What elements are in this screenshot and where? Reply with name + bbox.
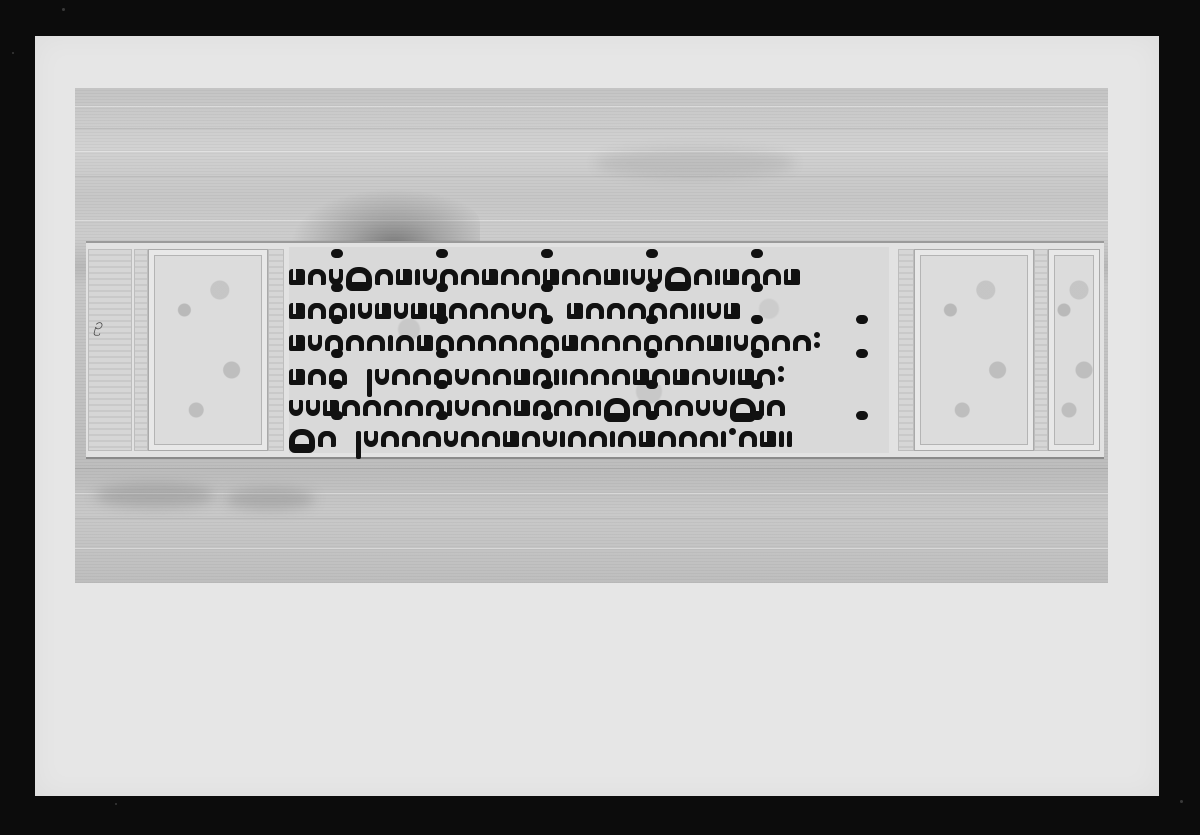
right-ornamental-panel bbox=[914, 249, 1034, 451]
script-glyph bbox=[455, 369, 469, 385]
script-glyph bbox=[499, 335, 517, 351]
text-line-1 bbox=[289, 253, 800, 285]
vowel-mark bbox=[751, 380, 763, 389]
script-glyph bbox=[692, 369, 710, 385]
script-glyph bbox=[457, 335, 475, 351]
script-glyph bbox=[482, 269, 498, 285]
script-glyph bbox=[455, 400, 469, 416]
script-glyph bbox=[591, 369, 609, 385]
script-glyph bbox=[346, 335, 364, 351]
script-glyph bbox=[763, 269, 781, 285]
script-glyph bbox=[713, 400, 727, 416]
vowel-mark bbox=[751, 411, 763, 420]
vowel-mark bbox=[541, 380, 553, 389]
script-glyph bbox=[658, 431, 676, 447]
text-line-3 bbox=[289, 319, 820, 351]
script-glyph bbox=[787, 431, 792, 447]
script-glyph bbox=[623, 335, 641, 351]
script-glyph bbox=[784, 269, 800, 285]
script-glyph bbox=[604, 269, 620, 285]
script-glyph bbox=[472, 369, 490, 385]
script-glyph bbox=[700, 431, 718, 447]
script-glyph bbox=[306, 400, 320, 416]
script-glyph bbox=[554, 400, 572, 416]
script-glyph bbox=[470, 303, 488, 319]
script-glyph bbox=[522, 269, 540, 285]
script-glyph bbox=[739, 431, 757, 447]
script-glyph bbox=[342, 400, 360, 416]
script-glyph bbox=[289, 429, 315, 453]
text-line-5 bbox=[289, 384, 785, 416]
script-glyph bbox=[618, 431, 636, 447]
script-glyph bbox=[384, 400, 402, 416]
text-line-4 bbox=[289, 353, 784, 385]
script-glyph bbox=[778, 363, 784, 385]
vowel-mark bbox=[646, 283, 658, 292]
script-glyph bbox=[482, 431, 500, 447]
script-glyph bbox=[814, 329, 820, 351]
script-glyph bbox=[586, 303, 604, 319]
script-glyph bbox=[793, 335, 811, 351]
left-frame bbox=[134, 249, 148, 451]
script-glyph bbox=[730, 369, 735, 385]
text-line-6 bbox=[289, 415, 792, 447]
vowel-mark bbox=[751, 349, 763, 358]
vowel-mark bbox=[331, 349, 343, 358]
script-glyph bbox=[339, 431, 353, 447]
script-glyph bbox=[503, 431, 519, 447]
script-glyph bbox=[367, 335, 385, 351]
script-glyph bbox=[673, 369, 689, 385]
script-glyph bbox=[760, 431, 776, 447]
script-glyph bbox=[589, 431, 607, 447]
vowel-mark bbox=[646, 349, 658, 358]
script-glyph bbox=[691, 303, 696, 319]
script-glyph bbox=[568, 431, 586, 447]
script-glyph bbox=[350, 303, 355, 319]
script-glyph bbox=[734, 335, 748, 351]
script-glyph bbox=[394, 303, 408, 319]
script-glyph bbox=[396, 335, 414, 351]
script-glyph bbox=[423, 431, 441, 447]
script-glyph bbox=[779, 431, 784, 447]
script-glyph bbox=[623, 269, 628, 285]
left-border-strip bbox=[88, 249, 132, 451]
dust-speck bbox=[62, 8, 65, 11]
script-glyph bbox=[350, 369, 364, 385]
vowel-mark bbox=[856, 349, 868, 358]
script-glyph bbox=[363, 400, 381, 416]
vowel-mark bbox=[646, 315, 658, 324]
left-ornamental-panel bbox=[148, 249, 268, 451]
script-glyph bbox=[392, 369, 410, 385]
script-glyph bbox=[767, 400, 785, 416]
vowel-mark bbox=[646, 411, 658, 420]
vowel-mark bbox=[331, 283, 343, 292]
text-panel bbox=[289, 247, 889, 453]
script-glyph bbox=[610, 431, 615, 447]
vowel-mark bbox=[331, 315, 343, 324]
script-glyph bbox=[686, 335, 704, 351]
vowel-mark bbox=[331, 380, 343, 389]
script-glyph bbox=[411, 303, 427, 319]
script-glyph bbox=[402, 431, 420, 447]
script-glyph bbox=[707, 335, 723, 351]
script-glyph bbox=[493, 369, 511, 385]
script-glyph bbox=[581, 335, 599, 351]
script-glyph bbox=[417, 335, 433, 351]
script-glyph bbox=[679, 431, 697, 447]
script-glyph bbox=[405, 400, 423, 416]
script-glyph bbox=[413, 369, 431, 385]
script-glyph bbox=[289, 303, 305, 319]
vowel-mark bbox=[436, 411, 448, 420]
script-glyph bbox=[308, 303, 326, 319]
photo-card: ဥ bbox=[35, 36, 1159, 796]
script-glyph bbox=[501, 269, 519, 285]
vowel-mark bbox=[436, 283, 448, 292]
script-glyph bbox=[289, 369, 305, 385]
script-glyph bbox=[583, 269, 601, 285]
script-glyph bbox=[308, 369, 326, 385]
vowel-mark bbox=[646, 380, 658, 389]
script-glyph bbox=[289, 400, 303, 416]
text-line-2 bbox=[289, 287, 740, 319]
script-glyph bbox=[575, 400, 593, 416]
script-glyph bbox=[289, 335, 305, 351]
dust-speck bbox=[1180, 800, 1183, 803]
script-glyph bbox=[514, 369, 530, 385]
script-glyph bbox=[694, 269, 712, 285]
script-glyph bbox=[724, 303, 740, 319]
photo-print: ဥ bbox=[75, 88, 1108, 583]
script-glyph bbox=[522, 431, 540, 447]
script-glyph bbox=[570, 369, 588, 385]
script-glyph bbox=[729, 428, 736, 435]
script-glyph bbox=[308, 269, 326, 285]
vowel-mark bbox=[331, 249, 343, 258]
script-glyph bbox=[514, 400, 530, 416]
script-glyph bbox=[318, 431, 336, 447]
script-glyph bbox=[675, 400, 693, 416]
script-glyph bbox=[520, 335, 538, 351]
script-glyph bbox=[396, 269, 412, 285]
script-glyph bbox=[423, 269, 437, 285]
script-glyph bbox=[562, 369, 567, 385]
vowel-mark bbox=[541, 283, 553, 292]
script-glyph bbox=[607, 303, 625, 319]
vowel-mark bbox=[541, 411, 553, 420]
script-glyph bbox=[478, 335, 496, 351]
vowel-mark bbox=[331, 411, 343, 420]
vowel-mark bbox=[541, 249, 553, 258]
script-glyph bbox=[631, 269, 645, 285]
vowel-mark bbox=[856, 315, 868, 324]
vowel-mark bbox=[751, 283, 763, 292]
folio-mark: ဥ bbox=[94, 315, 102, 337]
script-glyph bbox=[567, 303, 583, 319]
script-glyph bbox=[543, 431, 557, 447]
script-glyph bbox=[358, 303, 372, 319]
vowel-mark bbox=[436, 380, 448, 389]
vowel-mark bbox=[436, 249, 448, 258]
vowel-mark bbox=[541, 349, 553, 358]
script-glyph bbox=[512, 303, 526, 319]
script-glyph bbox=[356, 431, 361, 459]
script-glyph bbox=[602, 335, 620, 351]
script-glyph bbox=[696, 400, 710, 416]
vowel-mark bbox=[436, 349, 448, 358]
vowel-mark bbox=[646, 249, 658, 258]
script-glyph bbox=[562, 269, 580, 285]
vowel-mark bbox=[751, 315, 763, 324]
script-glyph bbox=[461, 269, 479, 285]
script-glyph bbox=[772, 335, 790, 351]
script-glyph bbox=[707, 303, 721, 319]
script-glyph bbox=[628, 303, 646, 319]
script-glyph bbox=[388, 335, 393, 351]
script-glyph bbox=[289, 269, 305, 285]
vowel-mark bbox=[856, 411, 868, 420]
script-glyph bbox=[444, 431, 458, 447]
vowel-mark bbox=[751, 249, 763, 258]
script-glyph bbox=[665, 335, 683, 351]
vowel-mark bbox=[436, 315, 448, 324]
script-glyph bbox=[364, 431, 378, 447]
script-glyph bbox=[449, 303, 467, 319]
script-glyph bbox=[721, 431, 726, 447]
script-glyph bbox=[493, 400, 511, 416]
script-glyph bbox=[461, 431, 479, 447]
script-glyph bbox=[375, 303, 391, 319]
script-glyph bbox=[308, 335, 322, 351]
script-glyph bbox=[726, 335, 731, 351]
script-glyph bbox=[639, 431, 655, 447]
right-scroll-strip bbox=[1048, 249, 1100, 451]
right-inner-frame bbox=[898, 249, 914, 451]
script-glyph bbox=[491, 303, 509, 319]
dust-speck bbox=[12, 52, 14, 54]
script-glyph bbox=[723, 269, 739, 285]
script-glyph bbox=[472, 400, 490, 416]
script-glyph bbox=[381, 431, 399, 447]
script-glyph bbox=[715, 269, 720, 285]
script-glyph bbox=[699, 303, 704, 319]
script-glyph bbox=[713, 369, 727, 385]
script-glyph bbox=[375, 269, 393, 285]
manuscript-leaf: ဥ bbox=[86, 241, 1104, 459]
script-glyph bbox=[612, 369, 630, 385]
script-glyph bbox=[670, 303, 688, 319]
script-glyph bbox=[554, 369, 559, 385]
right-frame bbox=[1034, 249, 1048, 451]
left-inner-frame bbox=[268, 249, 284, 451]
dust-speck bbox=[115, 803, 117, 805]
script-glyph bbox=[415, 269, 420, 285]
vowel-mark bbox=[541, 315, 553, 324]
script-glyph bbox=[560, 431, 565, 447]
script-glyph bbox=[596, 400, 601, 416]
script-glyph bbox=[375, 369, 389, 385]
script-glyph bbox=[562, 335, 578, 351]
